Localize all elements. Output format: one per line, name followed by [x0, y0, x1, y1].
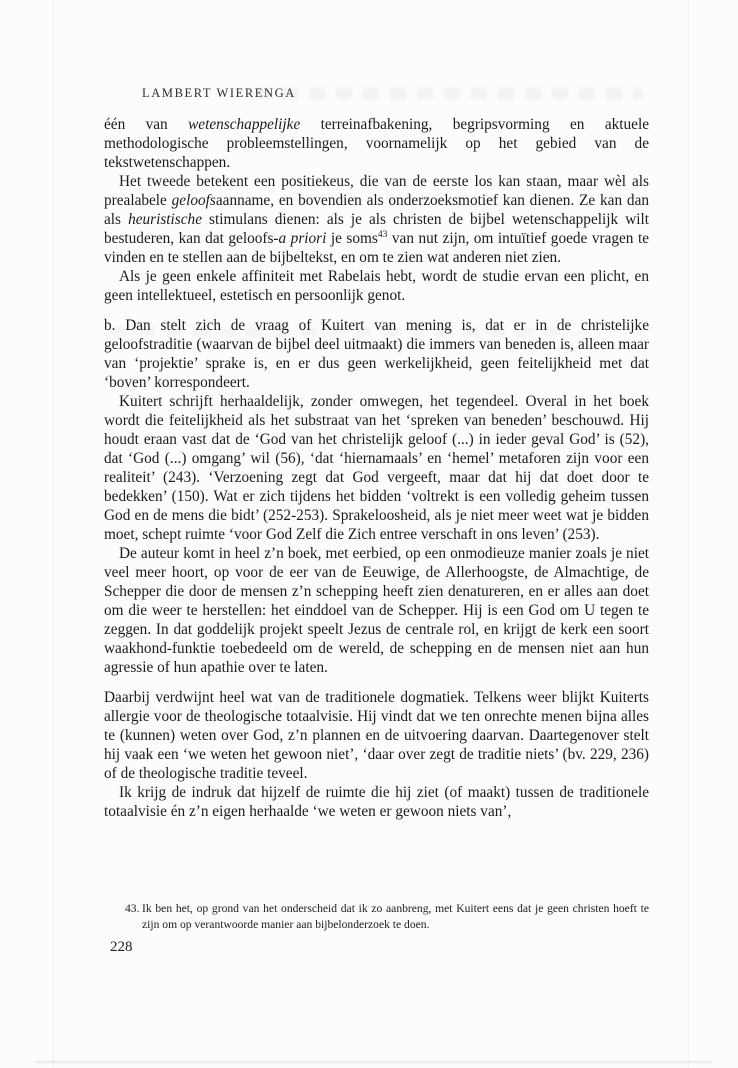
italic-text-run: heuristische: [128, 211, 202, 228]
page-number: 228: [110, 939, 133, 956]
paragraph: Daarbij verdwijnt heel wat van de tradit…: [104, 688, 649, 783]
footnote-number: 43.: [125, 901, 142, 932]
footnote-text: Ik ben het, op grond van het onderscheid…: [142, 901, 649, 932]
footnote-reference: 43: [378, 230, 388, 240]
scan-edge-right-line: [688, 0, 689, 1068]
text-run: De auteur komt in heel z’n boek, met eer…: [104, 545, 649, 676]
text-run: je soms: [326, 230, 378, 247]
scan-edge-left-line: [53, 0, 54, 1068]
text-run: b. Dan stelt zich de vraag of Kuitert va…: [104, 317, 649, 391]
text-run: Daarbij verdwijnt heel wat van de tradit…: [104, 689, 649, 782]
text-run: één van: [104, 116, 188, 133]
paragraph: Ik krijg de indruk dat hijzelf de ruimte…: [104, 783, 649, 821]
paragraph: De auteur komt in heel z’n boek, met eer…: [104, 544, 649, 677]
paragraph: Kuitert schrijft herhaaldelijk, zonder o…: [104, 392, 649, 544]
italic-text-run: a priori: [279, 230, 327, 247]
scanned-book-page: LAMBERT WIERENGA één van wetenschappelij…: [0, 0, 738, 1068]
running-header: LAMBERT WIERENGA: [142, 86, 296, 101]
main-text-column: één van wetenschappelijke terreinafbaken…: [104, 115, 649, 821]
text-run: Als je geen enkele affiniteit met Rabela…: [104, 268, 649, 304]
ink-bleedthrough-smudge: [255, 88, 643, 99]
italic-text-run: wetenschappelijke: [188, 116, 300, 133]
text-run: Ik krijg de indruk dat hijzelf de ruimte…: [104, 784, 649, 820]
italic-text-run: geloofs: [172, 192, 216, 209]
paragraph: één van wetenschappelijke terreinafbaken…: [104, 115, 649, 172]
scan-edge-bottom-line: [36, 1061, 712, 1063]
text-run: Kuitert schrijft herhaaldelijk, zonder o…: [104, 393, 649, 543]
paragraph: Het tweede betekent een positiekeus, die…: [104, 172, 649, 267]
footnote-block: 43.Ik ben het, op grond van het ondersch…: [125, 901, 649, 932]
footnote: 43.Ik ben het, op grond van het ondersch…: [125, 901, 649, 932]
paragraph: Als je geen enkele affiniteit met Rabela…: [104, 267, 649, 305]
paragraph: b. Dan stelt zich de vraag of Kuitert va…: [104, 316, 649, 392]
